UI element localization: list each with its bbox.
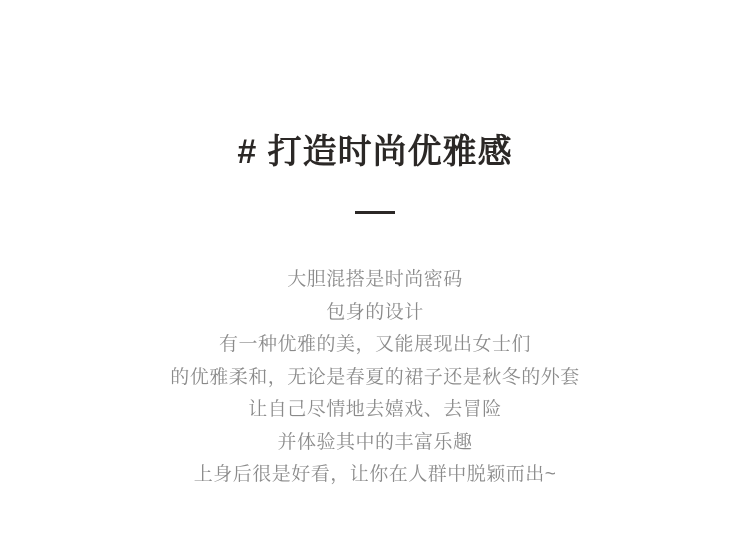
divider-line (355, 211, 395, 214)
description-line-4: 的优雅柔和，无论是春夏的裙子还是秋冬的外套 (0, 362, 750, 395)
description-line-5: 让自己尽情地去嬉戏、去冒险 (0, 394, 750, 427)
description-line-1: 大胆混搭是时尚密码 (0, 264, 750, 297)
page-title: # 打造时尚优雅感 (0, 134, 750, 170)
description-line-2: 包身的设计 (0, 297, 750, 330)
description-line-3: 有一种优雅的美，又能展现出女士们 (0, 329, 750, 362)
description-line-6: 并体验其中的丰富乐趣 (0, 427, 750, 460)
description-paragraph: 大胆混搭是时尚密码 包身的设计 有一种优雅的美，又能展现出女士们 的优雅柔和，无… (0, 264, 750, 492)
product-description-page: # 打造时尚优雅感 大胆混搭是时尚密码 包身的设计 有一种优雅的美，又能展现出女… (0, 0, 750, 557)
description-line-7: 上身后很是好看，让你在人群中脱颖而出~ (0, 459, 750, 492)
